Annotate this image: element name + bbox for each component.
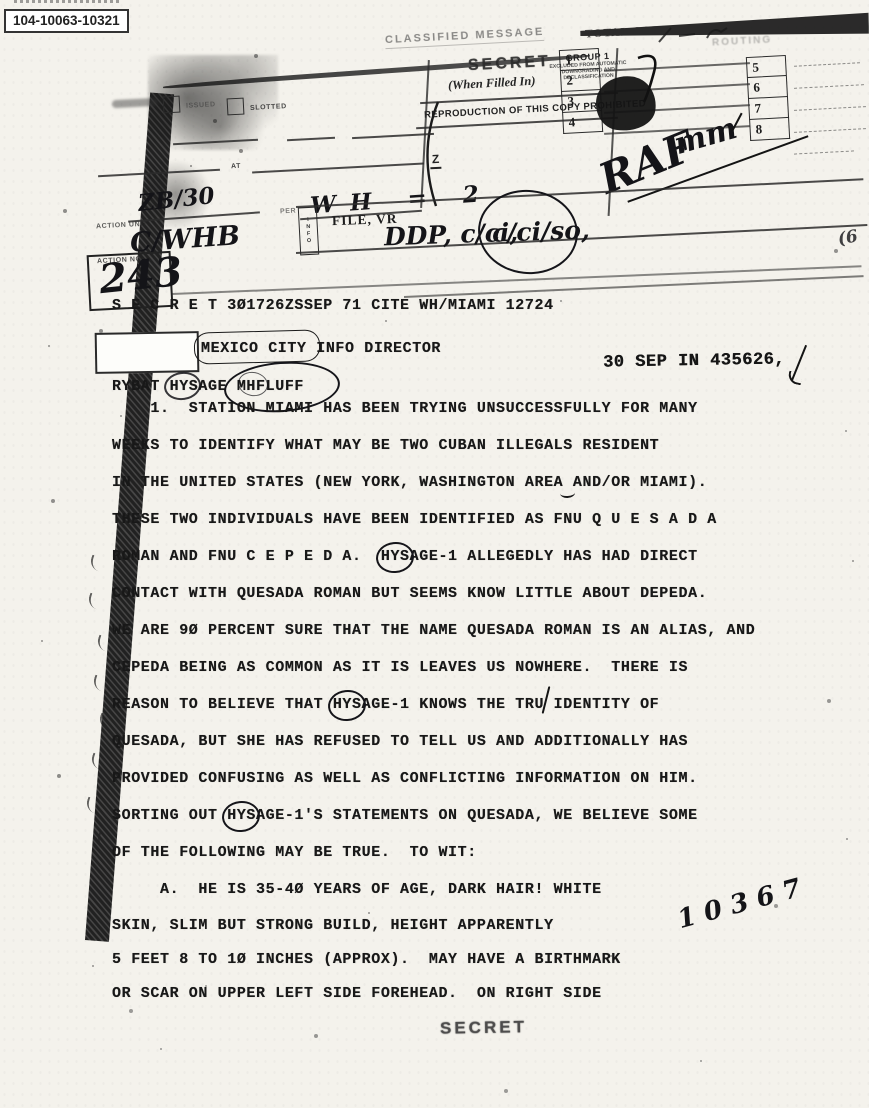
routing-dash	[794, 106, 866, 111]
annotation-scribble-hysage	[162, 370, 203, 403]
routing-cell: 6	[747, 76, 788, 99]
routing-column-left: 1 2 3 4	[559, 48, 603, 134]
scan-edge-dots	[14, 0, 119, 3]
annotation-circle-hy-line5	[374, 540, 415, 575]
cable-line: PROVIDED CONFUSING AS WELL AS CONFLICTIN…	[112, 770, 698, 789]
margin-note-handwriting: (6	[837, 228, 860, 248]
cable-line: OF THE FOLLOWING MAY BE TRUE. TO WIT:	[112, 844, 477, 863]
blank-line	[287, 137, 335, 141]
routing-dash	[794, 150, 854, 154]
redaction-box	[95, 331, 200, 374]
stamp-check-hook	[787, 371, 803, 386]
total-copies-scribble	[655, 22, 745, 48]
routing-column-right: 5 6 7 8	[746, 55, 790, 141]
info-label: INFO	[305, 217, 312, 245]
routing-cell: 7	[748, 97, 789, 120]
routing-cell: 1	[559, 48, 600, 71]
cable-line: WEEKS TO IDENTIFY WHAT MAY BE TWO CUBAN …	[112, 437, 659, 456]
routing-cell: 5	[746, 55, 787, 78]
cable-line: SKIN, SLIM BUT STRONG BUILD, HEIGHT APPA…	[112, 917, 554, 936]
cable-line: REASON TO BELIEVE THAT HYSAGE-1 KNOWS TH…	[112, 696, 659, 715]
footer-secret-stamp: SECRET	[440, 1017, 527, 1039]
at-label: AT	[231, 163, 241, 171]
received-date-stamp: 30 SEP IN 435626,	[603, 350, 785, 372]
lower-row-rule	[404, 275, 864, 297]
cable-line: SORTING OUT HYSAGE-1'S STATEMENTS ON QUE…	[112, 807, 698, 826]
cable-line: CONTACT WITH QUESADA ROMAN BUT SEEMS KNO…	[112, 585, 707, 604]
cable-line: A. HE IS 35-4Ø YEARS OF AGE, DARK HAIR! …	[112, 881, 602, 900]
slotted-checkbox	[227, 98, 245, 116]
cable-line: THESE TWO INDIVIDUALS HAVE BEEN IDENTIFI…	[112, 511, 717, 530]
margin-tick	[88, 555, 103, 572]
cable-line: WE ARE 9Ø PERCENT SURE THAT THE NAME QUE…	[112, 622, 755, 641]
per-label: PER	[280, 208, 297, 216]
annotation-circle-hy-line9	[326, 688, 367, 723]
cable-line: CEPEDA BEING AS COMMON AS IT IS LEAVES U…	[112, 659, 688, 678]
routing-dash	[794, 84, 864, 89]
record-number: 104-10063-10321	[13, 13, 120, 28]
slotted-label: SLOTTED	[250, 103, 287, 112]
margin-tick	[86, 593, 101, 610]
routing-dash	[794, 128, 866, 133]
issued-checkbox	[163, 96, 181, 114]
cable-line: 1. STATION MIAMI HAS BEEN TRYING UNSUCCE…	[112, 400, 698, 419]
info-cell: INFO	[298, 207, 319, 256]
cable-line: OR SCAR ON UPPER LEFT SIDE FOREHEAD. ON …	[112, 985, 602, 1004]
when-filled-in-label: (When Filled In)	[448, 74, 536, 94]
record-number-box: 104-10063-10321	[4, 9, 129, 33]
scanned-cable-document: 104-10063-10321 CLASSIFIED MESSAGE TOTAL…	[0, 0, 869, 1108]
routing-cell: 2	[560, 69, 601, 92]
routing-dash	[794, 62, 860, 66]
cable-line: 5 FEET 8 TO 1Ø INCHES (APPROX). MAY HAVE…	[112, 951, 621, 970]
issued-label: ISSUED	[186, 101, 216, 110]
blob-tail-squiggle	[630, 48, 676, 106]
z-label: Z	[430, 152, 442, 170]
annotation-underline-area	[560, 487, 576, 498]
blank-line	[173, 139, 258, 145]
routing-cell: 8	[749, 118, 790, 141]
page-note-handwriting: 10367	[675, 873, 813, 933]
blank-line	[252, 163, 424, 173]
cable-line: IN THE UNITED STATES (NEW YORK, WASHINGT…	[112, 474, 707, 493]
speckle-noise	[0, 0, 2, 2]
dissem-handwriting: ZB/30	[137, 184, 216, 215]
annotation-circle-hy-line12	[220, 799, 261, 834]
cable-dtg-line: S E C R E T 3Ø1726ZSSEP 71 CITE WH/MIAMI…	[112, 297, 554, 316]
annotation-bubble-mexico-city	[194, 329, 321, 364]
cable-line: QUESADA, BUT SHE HAS REFUSED TO TELL US …	[112, 733, 688, 752]
classified-message-label: CLASSIFIED MESSAGE	[385, 26, 545, 49]
